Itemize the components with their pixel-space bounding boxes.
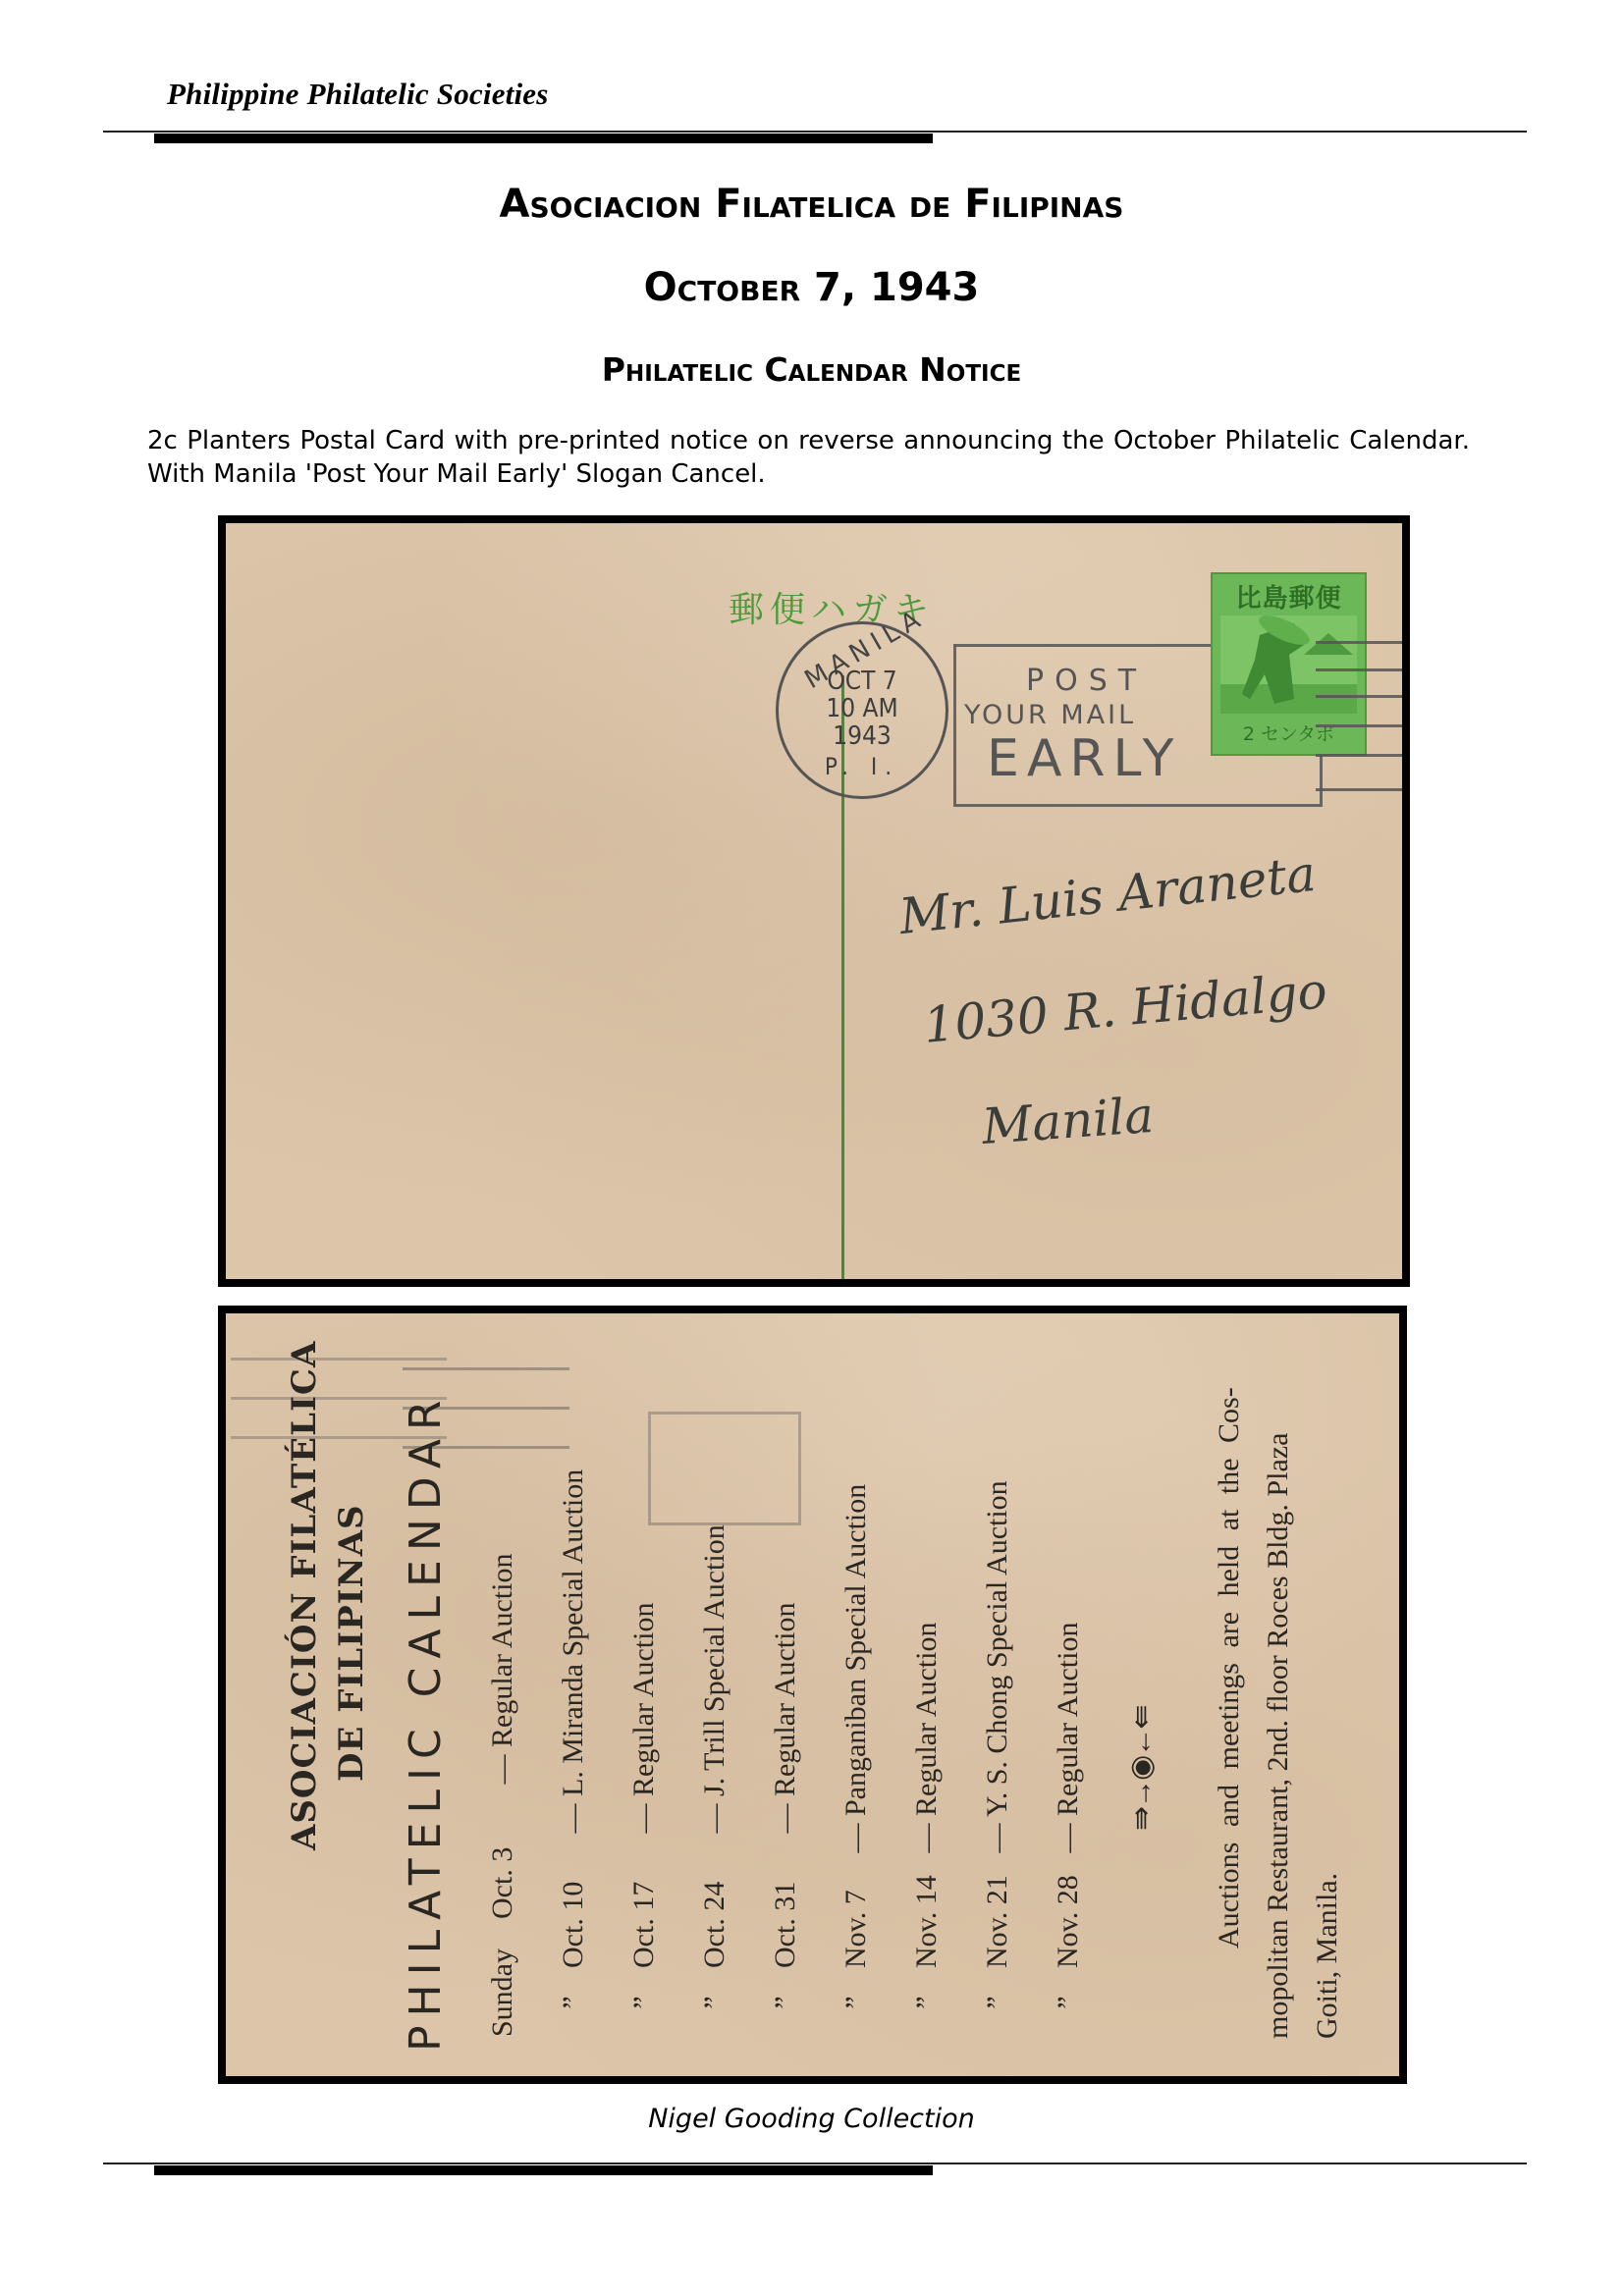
event-name: Regular Auction [910,1623,943,1816]
planter-figure-icon [1220,615,1357,714]
venue-line-3: Goiti, Manila. [1311,1873,1344,2039]
event-row: ”Oct. 10 — L. Miranda Special Auction [557,1469,590,2037]
cancel-bar [1316,788,1402,791]
postmark-date: OCT 7 [779,668,946,694]
stamp-country-text: 比島郵便 [1218,578,1359,614]
venue-line-1: Auctions and meetings are held at the Co… [1213,1387,1246,1949]
event-date: Oct. 10 [557,1841,590,1968]
postmark-region: P. I. [779,754,946,779]
event-name: Regular Auction [769,1603,801,1796]
date-title: October 7, 1943 [0,265,1623,310]
event-name: Panganiban Special Auction [839,1484,872,1816]
event-prefix: ” [627,1968,661,2037]
event-row: ”Nov. 14 — Regular Auction [910,1623,944,2037]
calendar-notice-rotated: ASOCIACIÓN FILATÉLICA DE FILIPINAS PHILA… [226,1313,1399,2076]
address-line-2: 1030 R. Hidalgo [921,962,1329,1054]
event-name: Y. S. Chong Special Auction [981,1480,1013,1817]
calendar-heading: PHILATELIC CALENDAR [401,1391,451,2052]
org-name-line-1: ASOCIACIÓN FILATÉLICA [285,1341,324,1850]
event-row: ”Nov. 7 — Panganiban Special Auction [839,1484,873,2037]
event-name: Regular Auction [486,1554,518,1747]
back-card-frame: ASOCIACIÓN FILATÉLICA DE FILIPINAS PHILA… [218,1306,1407,2084]
event-date: Nov. 21 [981,1860,1014,1968]
event-row: SundayOct. 3 — Regular Auction [486,1554,519,2037]
publication-header: Philippine Philatelic Societies [167,77,549,112]
footer-rule-thick [154,2165,933,2175]
arrow-ornament-icon: ⇛→◉←⇚ [1124,1707,1159,1831]
event-date: Oct. 17 [627,1841,661,1968]
event-prefix: ” [1052,1968,1085,2037]
cancel-bar [1316,724,1402,727]
front-card-frame: 郵便ハガキ MANILA OCT 7 10 AM 1943 P. I. POST… [218,515,1410,1287]
collection-caption: Nigel Gooding Collection [0,2104,1623,2134]
event-name: J. Trill Special Auction [698,1524,730,1796]
event-date: Oct. 24 [698,1841,731,1968]
event-prefix: ” [910,1968,944,2037]
event-row: ”Oct. 24 — J. Trill Special Auction [698,1524,731,2037]
manila-postmark: MANILA OCT 7 10 AM 1943 P. I. [776,621,948,799]
event-row: ”Oct. 31 — Regular Auction [769,1603,802,2037]
event-prefix: ” [698,1968,731,2037]
subject-title: Philatelic Calendar Notice [0,350,1623,389]
venue-line-2: mopolitan Restaurant, 2nd. floor Roces B… [1262,1433,1295,2039]
postmark-time: 10 AM [779,696,946,721]
org-name-line-2: DE FILIPINAS [332,1504,371,1782]
cancel-bar [1316,641,1402,644]
event-row: ”Nov. 28 — Regular Auction [1052,1623,1085,2037]
event-date: Nov. 14 [910,1860,944,1968]
event-name: L. Miranda Special Auction [557,1469,589,1796]
event-row: ”Nov. 21 — Y. S. Chong Special Auction [981,1480,1014,2037]
slogan-line-1: POST [1026,664,1147,698]
event-prefix: ” [839,1968,873,2037]
description-paragraph: 2c Planters Postal Card with pre-printed… [147,424,1470,491]
event-date: Oct. 3 [486,1791,519,1919]
postal-card-back: ASOCIACIÓN FILATÉLICA DE FILIPINAS PHILA… [226,1313,1399,2076]
address-line-3: Manila [980,1087,1156,1155]
event-row: ”Oct. 17 — Regular Auction [627,1603,661,2037]
cancel-bar [1316,754,1402,757]
event-date: Nov. 28 [1052,1860,1085,1968]
planter-stamp: 比島郵便 2 センタボ [1211,572,1367,756]
event-prefix: ” [557,1968,590,2037]
slogan-line-3: EARLY [987,729,1181,788]
event-prefix: Sunday [486,1919,519,2037]
header-rule-thick [154,133,933,143]
footer-rule-thin [103,2163,1527,2164]
event-prefix: ” [769,1968,802,2037]
postmark-year: 1943 [779,723,946,749]
header-rule-thin [103,131,1527,133]
event-name: Regular Auction [1052,1623,1084,1816]
cancel-bar [1316,695,1402,698]
address-line-1: Mr. Luis Araneta [896,845,1319,945]
postal-card-front: 郵便ハガキ MANILA OCT 7 10 AM 1943 P. I. POST… [226,523,1402,1279]
cancel-bar [1316,668,1402,671]
event-date: Oct. 31 [769,1841,802,1968]
event-prefix: ” [981,1968,1014,2037]
slogan-line-2: YOUR MAIL [964,700,1136,730]
society-title: Asociacion Filatelica de Filipinas [0,182,1623,227]
event-date: Nov. 7 [839,1860,873,1968]
event-name: Regular Auction [627,1603,660,1796]
